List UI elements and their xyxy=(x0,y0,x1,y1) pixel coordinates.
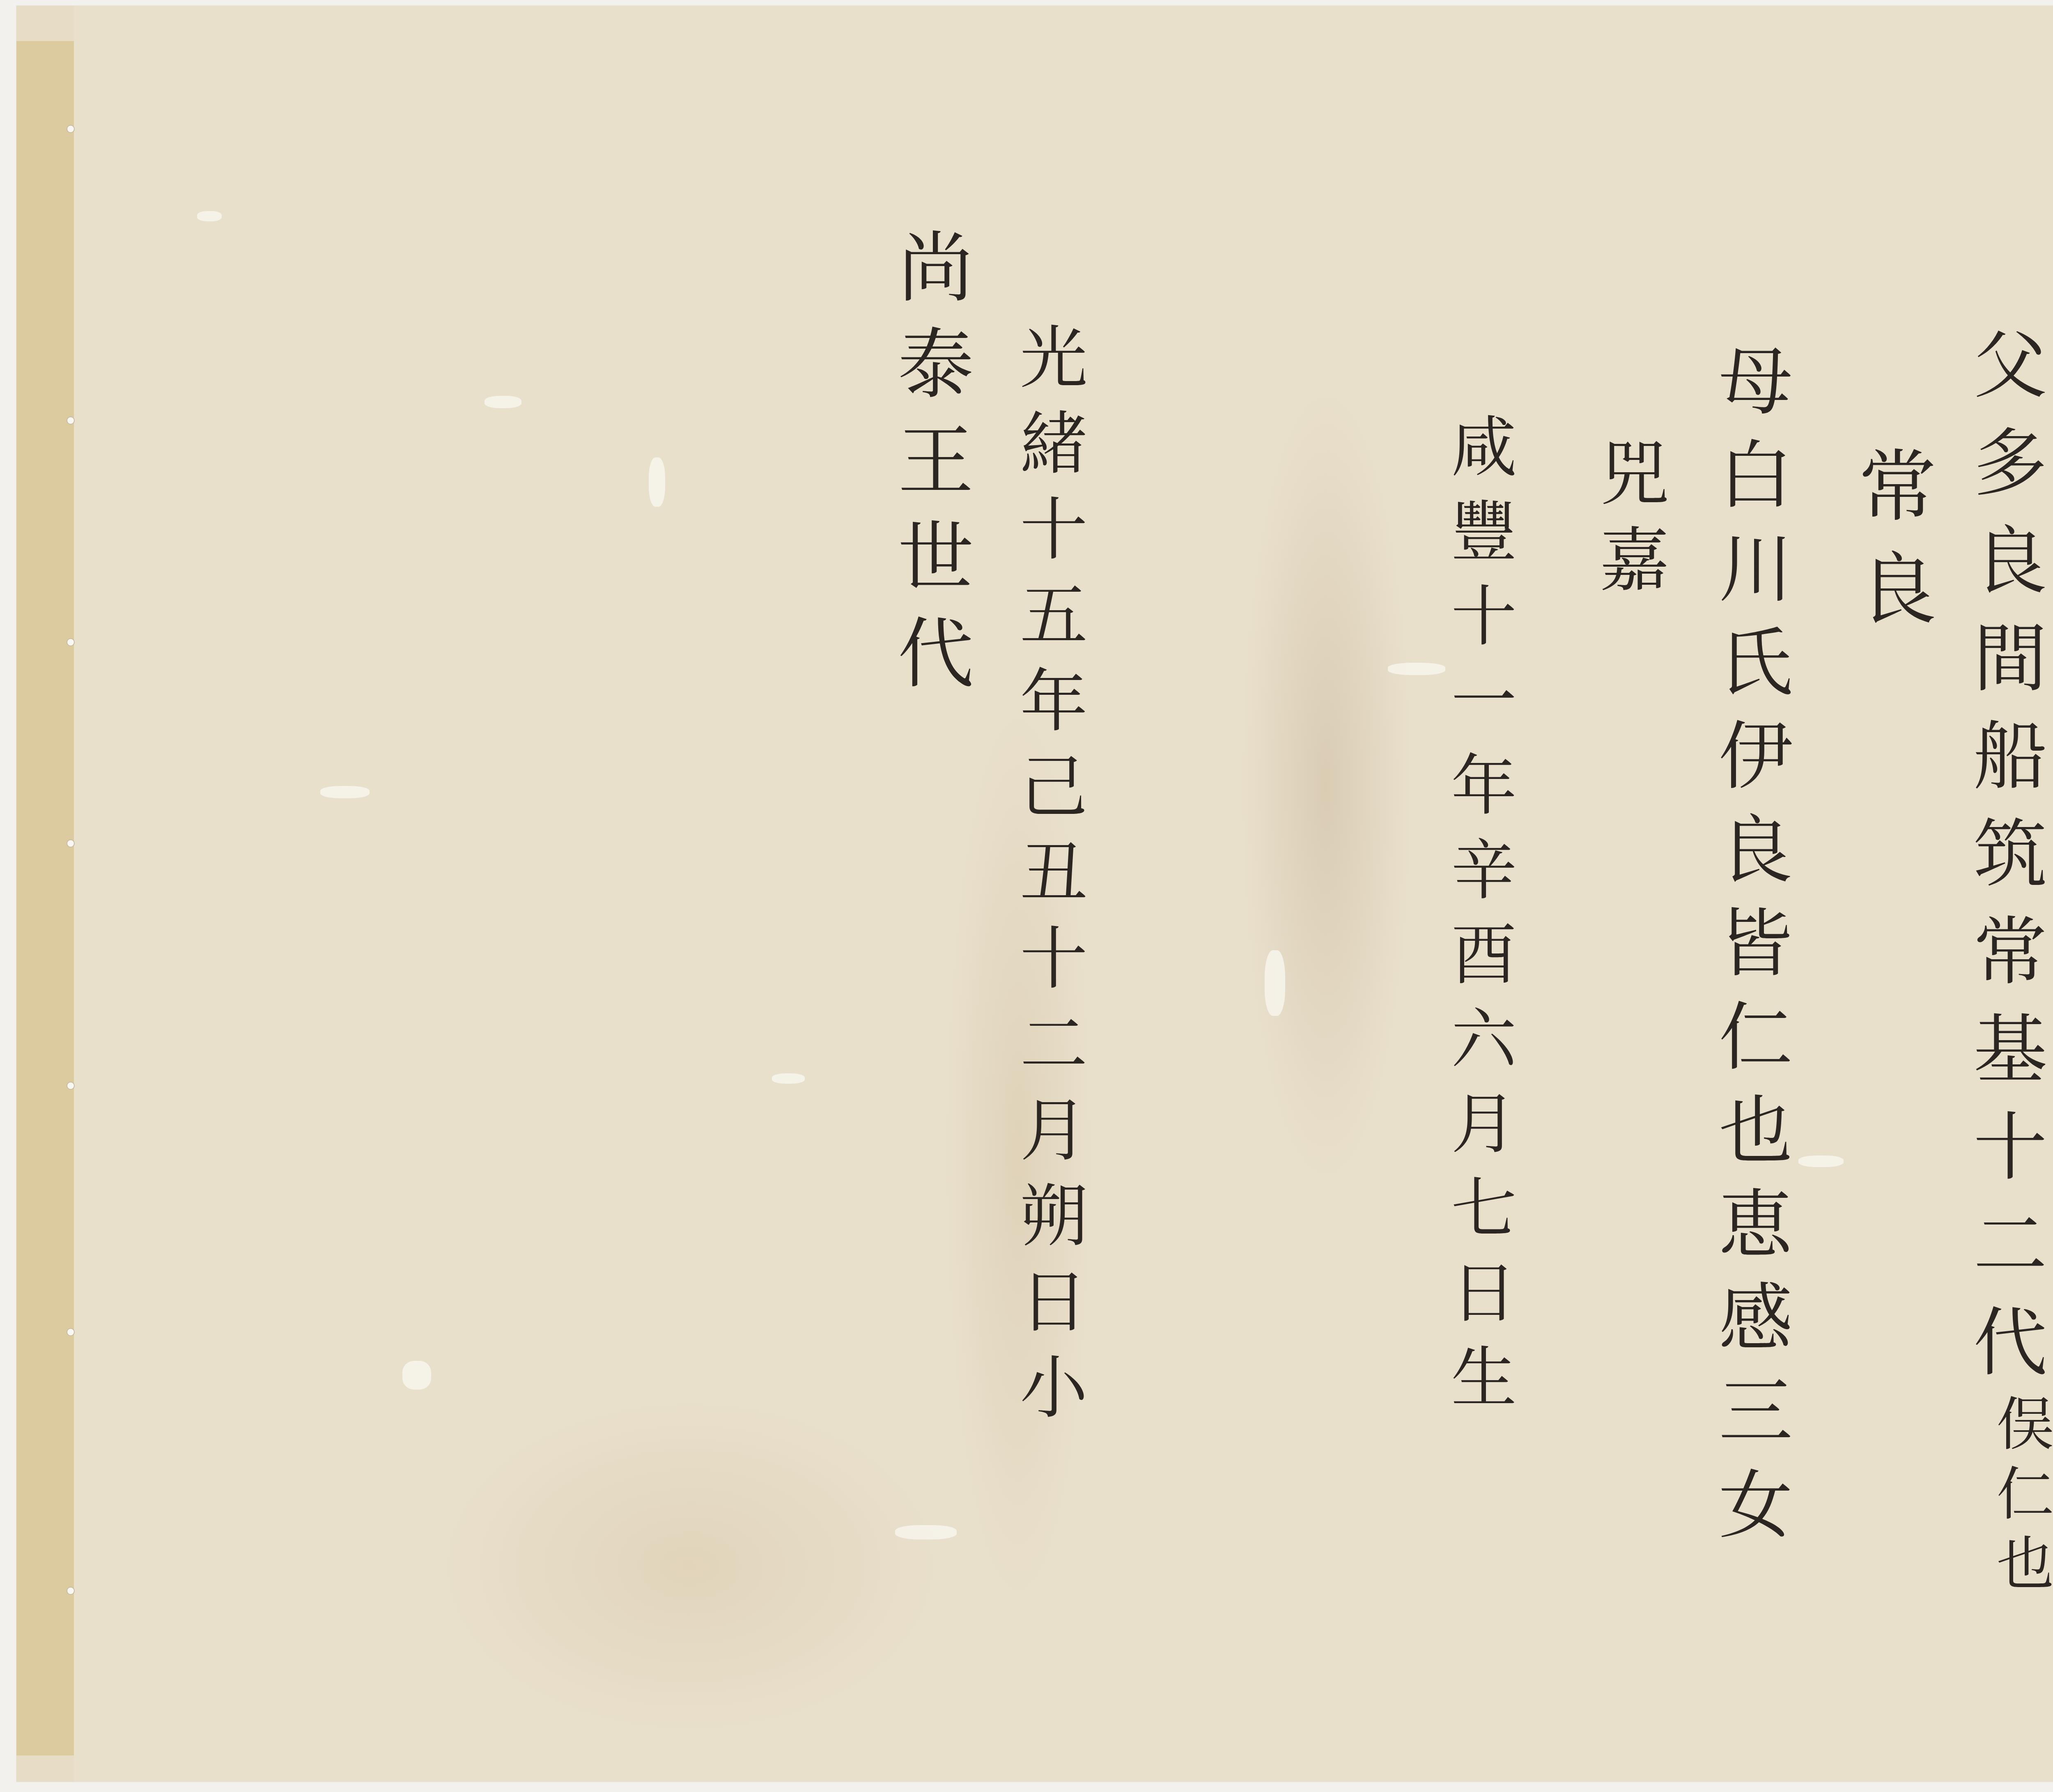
binding-hole xyxy=(67,638,75,646)
paper-damage xyxy=(402,1361,431,1390)
paper-damage xyxy=(1798,1156,1844,1167)
paper-damage xyxy=(197,211,222,221)
column-birth-date: 咸豐十一年辛酉六月七日生 xyxy=(1445,412,1511,1427)
document-sheet: 常根 規 童名蒲 父多良間船筑常基十二代 俣仁也 常良 母白川氏伊良皆仁也恵感三… xyxy=(16,6,2053,1782)
binding-hole xyxy=(67,1587,75,1595)
binding-hole xyxy=(67,416,75,425)
paper-damage xyxy=(1388,663,1445,675)
column-father-name: 常良 xyxy=(1852,445,1930,650)
column-mother: 母白川氏伊良皆仁也恵感三女 xyxy=(1712,342,1786,1560)
paper: 常根 規 童名蒲 父多良間船筑常基十二代 俣仁也 常良 母白川氏伊良皆仁也恵感三… xyxy=(74,6,2053,1782)
paper-damage xyxy=(485,396,521,408)
paper-damage xyxy=(895,1525,957,1539)
binding-hole xyxy=(67,125,75,133)
column-mother-name: 兕嘉 xyxy=(1593,437,1663,609)
paper-damage xyxy=(772,1073,805,1084)
left-mount-strip xyxy=(16,41,74,1755)
column-father: 父多良間船筑常基十二代 xyxy=(1967,326,2041,1401)
column-record-date: 光緒十五年己丑十二月朔日小 xyxy=(1014,322,1082,1438)
paper-damage xyxy=(320,786,370,798)
paper-damage xyxy=(1265,950,1285,1016)
binding-hole xyxy=(67,839,75,848)
paper-damage xyxy=(649,457,665,507)
column-reign: 尚泰王世代 xyxy=(891,227,967,710)
binding-hole xyxy=(67,1328,75,1336)
binding-hole xyxy=(67,1082,75,1090)
column-father-annotation: 俣仁也 xyxy=(1979,1394,2053,1603)
